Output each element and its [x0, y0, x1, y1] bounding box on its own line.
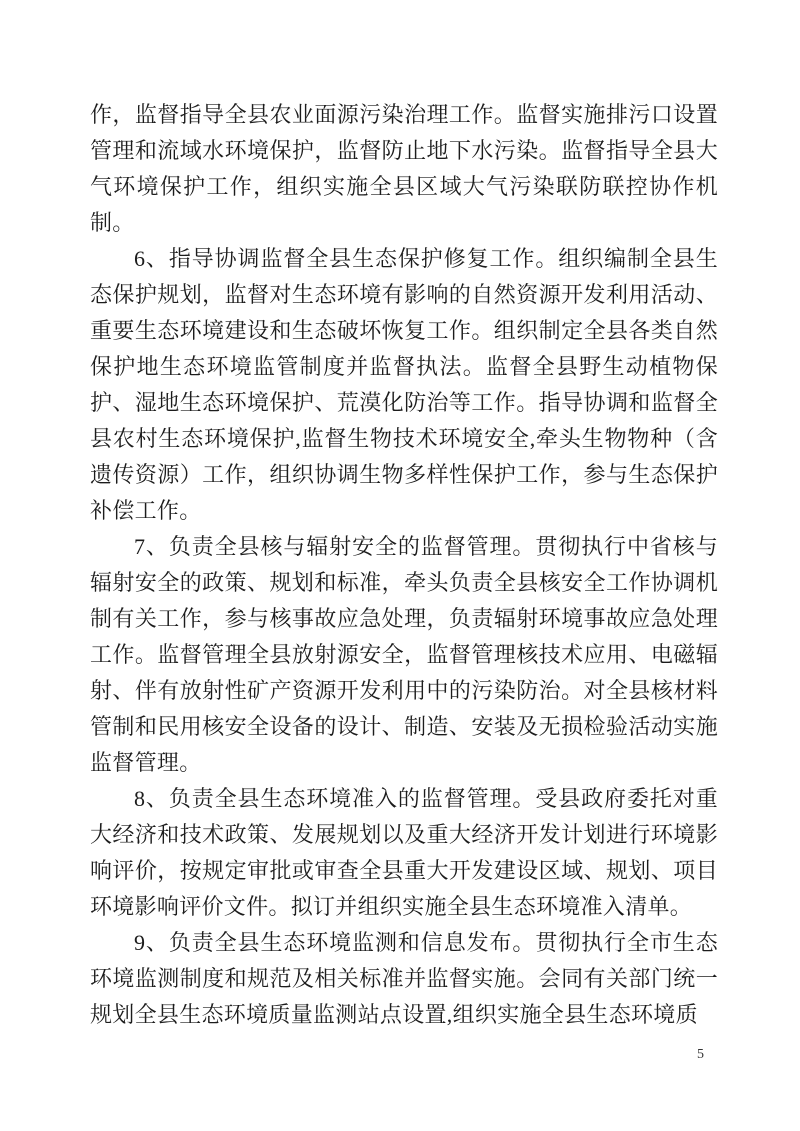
document-page: 作，监督指导全县农业面源污染治理工作。监督实施排污口设置管理和流域水环境保护，监… — [0, 0, 800, 1131]
paragraph-item-6: 6、指导协调监督全县生态保护修复工作。组织编制全县生态保护规划，监督对生态环境有… — [90, 241, 718, 529]
document-body-text: 作，监督指导全县农业面源污染治理工作。监督实施排污口设置管理和流域水环境保护，监… — [90, 97, 718, 1033]
paragraph-item-9: 9、负责全县生态环境监测和信息发布。贯彻执行全市生态环境监测制度和规范及相关标准… — [90, 925, 718, 1033]
paragraph-item-7: 7、负责全县核与辐射安全的监督管理。贯彻执行中省核与辐射安全的政策、规划和标准，… — [90, 529, 718, 781]
paragraph-item-8: 8、负责全县生态环境准入的监督管理。受县政府委托对重大经济和技术政策、发展规划以… — [90, 781, 718, 925]
page-number: 5 — [697, 1046, 704, 1064]
paragraph-5-continuation: 作，监督指导全县农业面源污染治理工作。监督实施排污口设置管理和流域水环境保护，监… — [90, 97, 718, 241]
